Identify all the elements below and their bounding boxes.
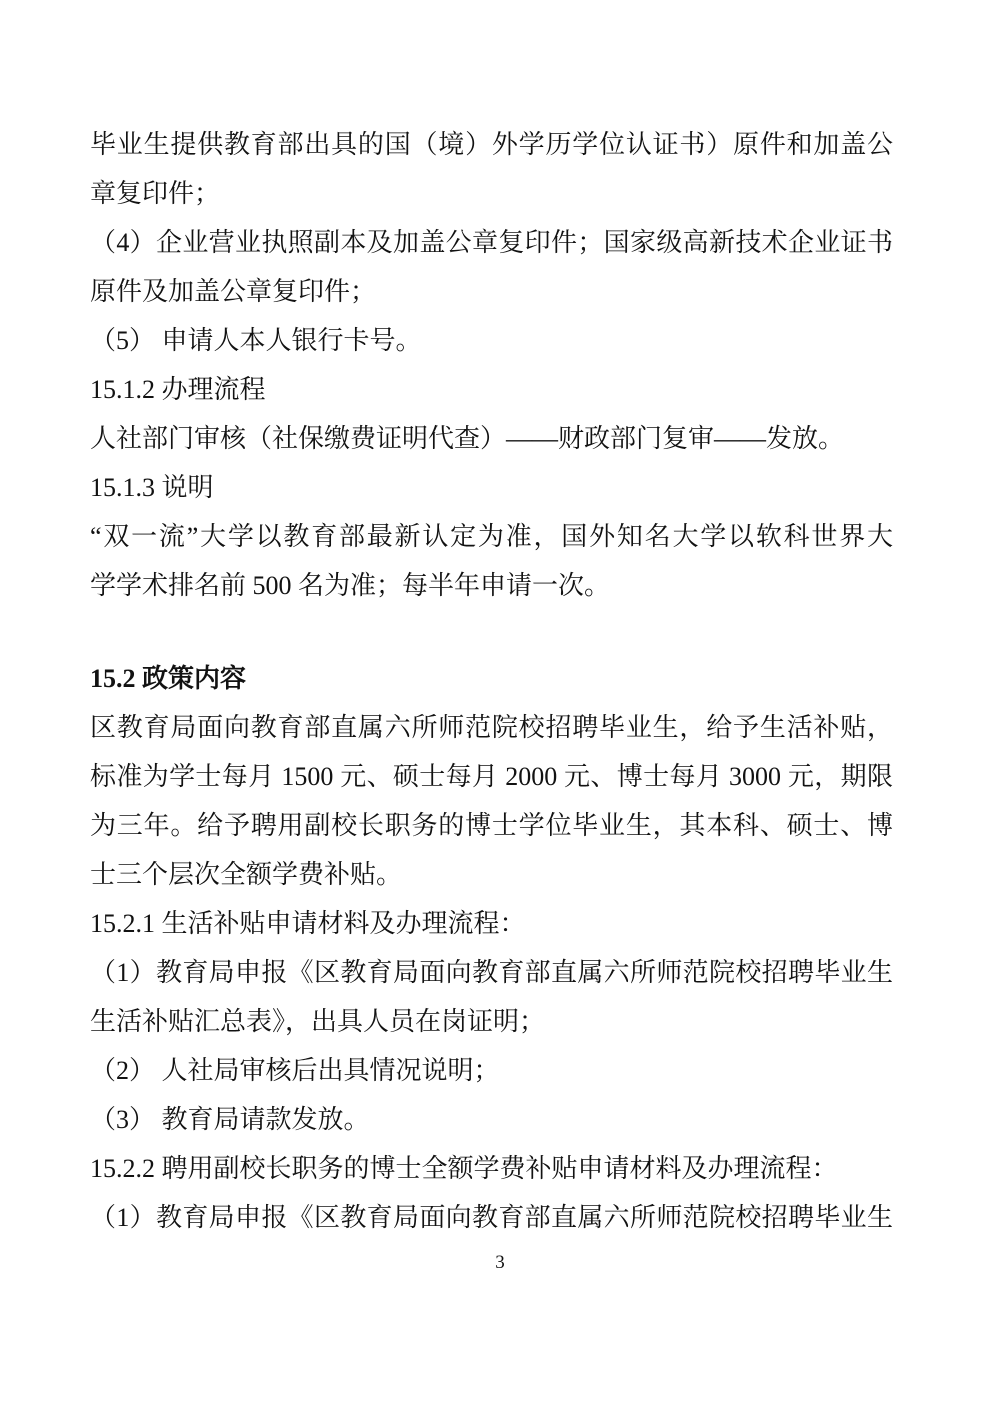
text-line: 原件及加盖公章复印件； xyxy=(90,267,893,316)
text-line: 15.1.2 办理流程 xyxy=(90,365,893,414)
text-line: （1）教育局申报《区教育局面向教育部直属六所师范院校招聘毕业生 xyxy=(90,948,893,997)
text-line: 为三年。给予聘用副校长职务的博士学位毕业生，其本科、硕士、博 xyxy=(90,801,893,850)
text-line: （4）企业营业执照副本及加盖公章复印件；国家级高新技术企业证书 xyxy=(90,218,893,267)
section-heading: 15.2 政策内容 xyxy=(90,654,893,703)
document-body: 毕业生提供教育部出具的国（境）外学历学位认证书）原件和加盖公章复印件；（4）企业… xyxy=(90,120,893,1242)
text-line: （2） 人社局审核后出具情况说明； xyxy=(90,1046,893,1095)
text-line: （3） 教育局请款发放。 xyxy=(90,1095,893,1144)
text-line: 章复印件； xyxy=(90,169,893,218)
text-line: 区教育局面向教育部直属六所师范院校招聘毕业生，给予生活补贴， xyxy=(90,703,893,752)
text-line: 毕业生提供教育部出具的国（境）外学历学位认证书）原件和加盖公 xyxy=(90,120,893,169)
text-line: “双一流”大学以教育部最新认定为准，国外知名大学以软科世界大 xyxy=(90,512,893,561)
text-line: 标准为学士每月 1500 元、硕士每月 2000 元、博士每月 3000 元，期… xyxy=(90,752,893,801)
document-page: 毕业生提供教育部出具的国（境）外学历学位认证书）原件和加盖公章复印件；（4）企业… xyxy=(0,0,1000,1413)
text-line: （1）教育局申报《区教育局面向教育部直属六所师范院校招聘毕业生 xyxy=(90,1193,893,1242)
text-line: 15.2.1 生活补贴申请材料及办理流程： xyxy=(90,899,893,948)
text-line: 人社部门审核（社保缴费证明代查）——财政部门复审——发放。 xyxy=(90,414,893,463)
text-line: 生活补贴汇总表》，出具人员在岗证明； xyxy=(90,997,893,1046)
text-line: 15.2.2 聘用副校长职务的博士全额学费补贴申请材料及办理流程： xyxy=(90,1144,893,1193)
text-line: （5） 申请人本人银行卡号。 xyxy=(90,316,893,365)
text-line: 学学术排名前 500 名为准；每半年申请一次。 xyxy=(90,561,893,610)
page-number: 3 xyxy=(0,1250,1000,1276)
text-line: 士三个层次全额学费补贴。 xyxy=(90,850,893,899)
text-line: 15.1.3 说明 xyxy=(90,463,893,512)
